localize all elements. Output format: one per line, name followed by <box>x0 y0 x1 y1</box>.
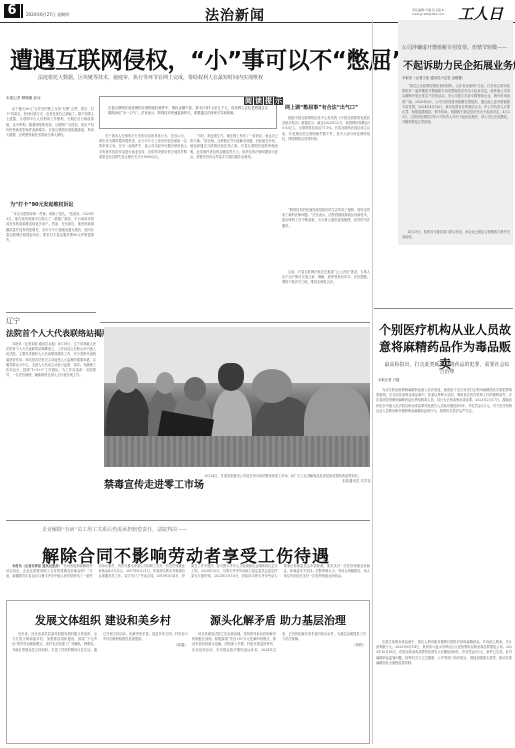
lead-body-col3: 根据中国互联网络信息中心发布的《中国互联网络发展状况统计报告》数据显示，截至20… <box>282 116 370 206</box>
right-story-byline: 本报记者 卢越 <box>378 378 438 386</box>
photo-stone-slab <box>104 436 370 467</box>
section-divider <box>6 520 370 521</box>
issue-date: 2024年6月27日 星期四 <box>26 12 69 18</box>
bottom-feature-1-headline: 发展文体组织 建设和美乡村 <box>35 612 171 628</box>
bottom-feature-2-headline: 源头化解矛盾 助力基层治理 <box>210 612 346 628</box>
page-number-divider <box>21 4 23 18</box>
paragraph: 为切实防范和遏制麻精药品流入非法渠道，最高检于近日发布打击利用麻精药品实施犯罪典… <box>376 388 512 414</box>
paragraph: “本以为很简单的一件事，却拖了很久。”张某说，2023年3月，他在某短视频平台购… <box>6 212 94 243</box>
tag-char: 阅 <box>244 97 253 105</box>
paragraph: “我们已从检察院调出来的材料，合作诉讼案例”日前，江苏省江阴市检察院对一起涉嫌虚… <box>402 84 510 126</box>
lead-subheadline: 法庭依托大数据、区块链等技术，使庭审、执行等环节在网上完成，帮助权利人在最短时间… <box>38 74 263 81</box>
paragraph: “网络技术的快速发展给我们的生活带来了便利，同时也带来了新的法律问题。”法官表示… <box>282 208 370 229</box>
tag-char: 读 <box>254 97 263 105</box>
paragraph: 关于被诉人在网络平台发布信息的具体行为，法官认为，被告作为网络服务提供者，应当对… <box>99 134 187 160</box>
photo-person-head <box>116 367 138 393</box>
side-story-kicker: 公司涉嫌虚开增值税专用发票，但情节轻微—— <box>402 44 507 51</box>
paragraph: 河北省唐县法院立足诉源治理，坚持把非诉讼纠纷解决机制挺在前面，积极探索“法官+N… <box>192 632 366 653</box>
lead-subhead-2: 网上调“憋屈事”有合法“出气口” <box>285 104 358 111</box>
lead-body-col2: 关于被诉人在网络平台发布信息的具体行为，法官认为，被告作为网络服务提供者，应当对… <box>99 134 187 314</box>
liaoning-body: 本报讯（记者刘旭 通讯员金振）6月19日，辽宁省高级人民法院首个人大代表联络站揭… <box>6 342 96 512</box>
lead-body-col2b: “当时，我也很生气，就在网上发布了一条消息，表达自己的不满。”原告称，这种做法并… <box>190 134 278 314</box>
photo-credit: 本报通讯员 安学存 <box>205 479 371 484</box>
photo-caption: 6月24日，甘肃省张掖市公安局甘州分局民警来到零工市场，向广大工友讲解毒品危害及… <box>205 474 371 484</box>
bottom-feature-1-body: 近年来，河北省高邑县某村积极发展村级文体组织，全力打造文明和谐乡村，加强基层组织… <box>12 632 188 740</box>
caption-text: 6月24日，甘肃省张掖市公安局甘州分局民警来到零工市场，向广大工友讲解毒品危害及… <box>205 474 361 478</box>
column-rule <box>372 20 373 744</box>
side-story-closing: 4月29日，检察官与税务部门联合回访，该企业已制定合规整改方案并完成验收。 <box>402 230 510 244</box>
photo-person-head <box>252 369 292 403</box>
mid-story-body: 本报讯（记者吴铎思 通讯员张彦）“劳动者患病被解除劳动合同后，企业还需要向职工支… <box>6 564 370 596</box>
photo-divider <box>100 322 370 323</box>
right-story-subheadline: 最高检指出，打击此类贩卖麻精药品的犯罪，需要社会综合治理 <box>383 362 511 376</box>
page-number: 6 <box>4 4 20 18</box>
news-photo <box>104 327 370 467</box>
feature-1-credit: （薛鑫） <box>103 643 188 648</box>
right-story-body-b: 在浙江某贩卖毒品案中，被告人利用职务便利长期非法获取麻精药品，并向他人贩卖，共计… <box>376 640 512 744</box>
right-story-body: 为切实防范和遏制麻精药品流入非法渠道，最高检于近日发布打击利用麻精药品实施犯罪典… <box>376 388 512 638</box>
paragraph: 本报讯（记者吴铎思 通讯员张彦）“劳动者患病被解除劳动合同后，企业还需要向职工支… <box>6 564 370 580</box>
paragraph: 4月29日，检察官与税务部门联合回访，该企业已制定合规整改方案并完成验收。 <box>402 230 510 240</box>
liaoning-kicker: 辽宁 <box>6 316 20 326</box>
byline: 本报讯（记者吴铎思 通讯员张彦） <box>12 564 62 568</box>
feature-2-credit: （杨程） <box>282 643 366 648</box>
photo-person-head <box>156 372 174 394</box>
section-divider <box>6 312 96 313</box>
section-divider <box>374 308 513 309</box>
lead-body-col3b: “网络技术的快速发展给我们的生活带来了便利，同时也带来了新的法律问题。”法官表示… <box>282 208 370 268</box>
tag-char: 提 <box>264 97 273 105</box>
reading-tip-text: 长春互联网法庭受理的互联网侵权案件中，维权金额不高，基本只有1元至几千元，但权利… <box>108 106 268 128</box>
tag-char: 示 <box>274 97 283 105</box>
side-story-byline: 本报讯（记者王伟 通讯员卢志坚 金晓蕾） <box>402 76 510 84</box>
reading-tip-tag: 阅读提示 <box>244 96 284 106</box>
photo-officer-cap <box>218 363 244 391</box>
bottom-feature-2-body: 河北省唐县法院立足诉源治理，坚持把非诉讼纠纷解决机制挺在前面，积极探索“法官+N… <box>192 632 366 740</box>
paragraph: 在浙江某贩卖毒品案中，被告人利用职务便利长期非法获取麻精药品，并向他人贩卖，共计… <box>376 640 512 666</box>
side-story-body: “我们已从检察院调出来的材料，合作诉讼案例”日前，江苏省江阴市检察院对一起涉嫌虚… <box>402 84 510 229</box>
lead-body-col3c: 目前，长春互联网法庭正在推进“云上法庭”建设，当事人足不出户即可完成立案、调解、… <box>282 270 370 315</box>
mid-story-kicker: 企业解除“有病”员工用工关系后仍需承担赔偿责任，法院判决—— <box>42 526 187 533</box>
lead-byline: 本报记者 柳姗姗 彭冰 <box>6 96 96 106</box>
lead-body-col1: 花个榴大90元“合作签约网上交易”付费“点赞、报告、打卡”结束后，收到付款方式，… <box>6 107 94 197</box>
paragraph: 花个榴大90元“合作签约网上交易”付费“点赞、报告、打卡”结束后，收到付款方式，… <box>6 107 94 138</box>
lead-subhead-1: 为“打卡”90元发起维权诉讼 <box>10 201 74 208</box>
lead-headline: 遭遇互联网侵权，“小”事可以不“憋屈” <box>10 42 406 75</box>
editor-contact: 责任编辑:卢越 张书铭 E-mail:grrbfz@163.com <box>412 8 454 16</box>
paragraph: 目前，长春互联网法庭正在推进“云上法庭”建设，当事人足不出户即可完成立案、调解、… <box>282 270 370 286</box>
lead-body-col1b: “本以为很简单的一件事，却拖了很久。”张某说，2023年3月，他在某短视频平台购… <box>6 212 94 310</box>
photo-headline: 禁毒宣传走进零工市场 <box>104 476 204 491</box>
photo-person-head <box>184 377 206 401</box>
side-story-headline: 不起诉助力民企拓展业务解忧纾困 <box>403 57 515 72</box>
paragraph: “当时，我也很生气，就在网上发布了一条消息，表达自己的不满。”原告称，这种做法并… <box>190 134 278 160</box>
paragraph: 根据中国互联网络信息中心发布的《中国互联网络发展状况统计报告》数据显示，截至20… <box>282 116 370 142</box>
paragraph: 本报讯（记者刘旭 通讯员金振）6月19日，辽宁省高级人民法院首个人大代表联络站揭… <box>6 342 96 378</box>
paragraph: 近年来，河北省高邑县某村积极发展村级文体组织，全力打造文明和谐乡村，加强基层组织… <box>12 632 188 653</box>
